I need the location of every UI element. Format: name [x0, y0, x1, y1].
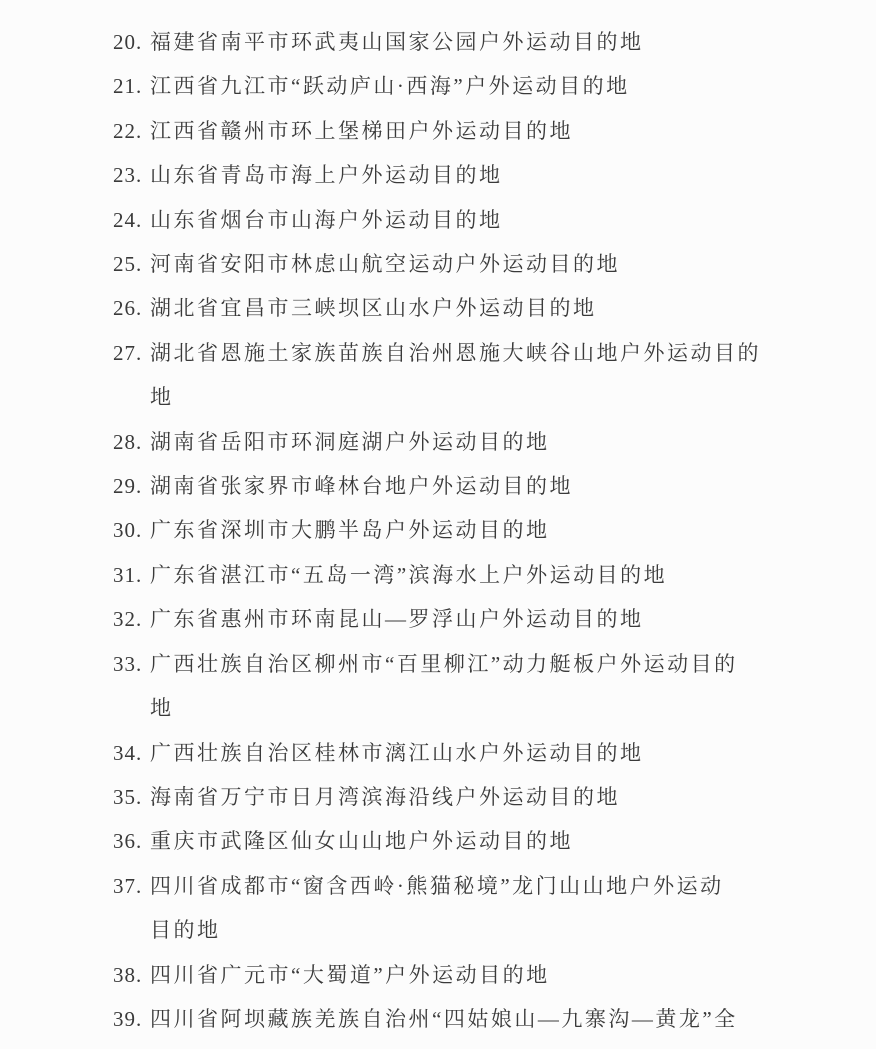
item-number: 24. — [113, 198, 150, 242]
item-text: 湖北省宜昌市三峡坝区山水户外运动目的地 — [150, 296, 597, 320]
item-number: 34. — [113, 731, 150, 775]
list-item: 23.山东省青岛市海上户外运动目的地 — [113, 153, 768, 197]
item-text: 福建省南平市环武夷山国家公园户外运动目的地 — [150, 30, 644, 54]
item-number: 32. — [113, 597, 150, 641]
list-item: 24.山东省烟台市山海户外运动目的地 — [113, 198, 768, 242]
item-number: 35. — [113, 775, 150, 819]
item-text: 江西省九江市“跃动庐山·西海”户外运动目的地 — [150, 74, 630, 98]
item-number: 20. — [113, 20, 150, 64]
item-text: 山东省青岛市海上户外运动目的地 — [150, 163, 503, 187]
item-text: 广东省湛江市“五岛一湾”滨海水上户外运动目的地 — [150, 563, 667, 587]
item-number: 28. — [113, 420, 150, 464]
item-text: 四川省成都市“窗含西岭·熊猫秘境”龙门山山地户外运动 目的地 — [150, 874, 724, 942]
item-text: 江西省赣州市环上堡梯田户外运动目的地 — [150, 119, 573, 143]
list-item: 37.四川省成都市“窗含西岭·熊猫秘境”龙门山山地户外运动 目的地 — [113, 864, 768, 953]
item-number: 31. — [113, 553, 150, 597]
item-number: 27. — [113, 331, 150, 375]
item-text: 河南省安阳市林虑山航空运动户外运动目的地 — [150, 252, 620, 276]
item-text: 湖北省恩施土家族苗族自治州恩施大峡谷山地户外运动目的 地 — [150, 341, 761, 409]
item-number: 22. — [113, 109, 150, 153]
destination-list: 20.福建省南平市环武夷山国家公园户外运动目的地21.江西省九江市“跃动庐山·西… — [113, 20, 768, 1041]
item-number: 39. — [113, 997, 150, 1041]
item-number: 38. — [113, 953, 150, 997]
list-item: 28.湖南省岳阳市环洞庭湖户外运动目的地 — [113, 420, 768, 464]
item-number: 30. — [113, 508, 150, 552]
list-item: 22.江西省赣州市环上堡梯田户外运动目的地 — [113, 109, 768, 153]
item-text: 广东省深圳市大鹏半岛户外运动目的地 — [150, 518, 550, 542]
list-item: 25.河南省安阳市林虑山航空运动户外运动目的地 — [113, 242, 768, 286]
list-item: 35.海南省万宁市日月湾滨海沿线户外运动目的地 — [113, 775, 768, 819]
item-number: 33. — [113, 642, 150, 686]
item-text: 湖南省岳阳市环洞庭湖户外运动目的地 — [150, 430, 550, 454]
item-number: 26. — [113, 286, 150, 330]
item-number: 23. — [113, 153, 150, 197]
item-number: 21. — [113, 64, 150, 108]
list-item: 32.广东省惠州市环南昆山—罗浮山户外运动目的地 — [113, 597, 768, 641]
list-item: 31.广东省湛江市“五岛一湾”滨海水上户外运动目的地 — [113, 553, 768, 597]
list-item: 20.福建省南平市环武夷山国家公园户外运动目的地 — [113, 20, 768, 64]
item-number: 36. — [113, 819, 150, 863]
list-item: 36.重庆市武隆区仙女山山地户外运动目的地 — [113, 819, 768, 863]
list-item: 21.江西省九江市“跃动庐山·西海”户外运动目的地 — [113, 64, 768, 108]
list-item: 27.湖北省恩施土家族苗族自治州恩施大峡谷山地户外运动目的 地 — [113, 331, 768, 420]
item-text: 海南省万宁市日月湾滨海沿线户外运动目的地 — [150, 785, 620, 809]
list-item: 38.四川省广元市“大蜀道”户外运动目的地 — [113, 953, 768, 997]
item-text: 山东省烟台市山海户外运动目的地 — [150, 208, 503, 232]
item-text: 四川省广元市“大蜀道”户外运动目的地 — [150, 963, 550, 987]
item-text: 广西壮族自治区桂林市漓江山水户外运动目的地 — [150, 741, 644, 765]
list-item: 33.广西壮族自治区柳州市“百里柳江”动力艇板户外运动目的 地 — [113, 642, 768, 731]
document-page: 20.福建省南平市环武夷山国家公园户外运动目的地21.江西省九江市“跃动庐山·西… — [0, 0, 876, 1049]
item-text: 重庆市武隆区仙女山山地户外运动目的地 — [150, 829, 573, 853]
list-item: 34.广西壮族自治区桂林市漓江山水户外运动目的地 — [113, 731, 768, 775]
item-text: 湖南省张家界市峰林台地户外运动目的地 — [150, 474, 573, 498]
list-item: 39.四川省阿坝藏族羌族自治州“四姑娘山—九寨沟—黄龙”全 — [113, 997, 768, 1041]
item-text: 广西壮族自治区柳州市“百里柳江”动力艇板户外运动目的 地 — [150, 652, 738, 720]
item-number: 25. — [113, 242, 150, 286]
item-text: 四川省阿坝藏族羌族自治州“四姑娘山—九寨沟—黄龙”全 — [150, 1007, 738, 1031]
list-item: 26.湖北省宜昌市三峡坝区山水户外运动目的地 — [113, 286, 768, 330]
list-item: 30.广东省深圳市大鹏半岛户外运动目的地 — [113, 508, 768, 552]
item-text: 广东省惠州市环南昆山—罗浮山户外运动目的地 — [150, 607, 644, 631]
item-number: 29. — [113, 464, 150, 508]
item-number: 37. — [113, 864, 150, 908]
list-item: 29.湖南省张家界市峰林台地户外运动目的地 — [113, 464, 768, 508]
